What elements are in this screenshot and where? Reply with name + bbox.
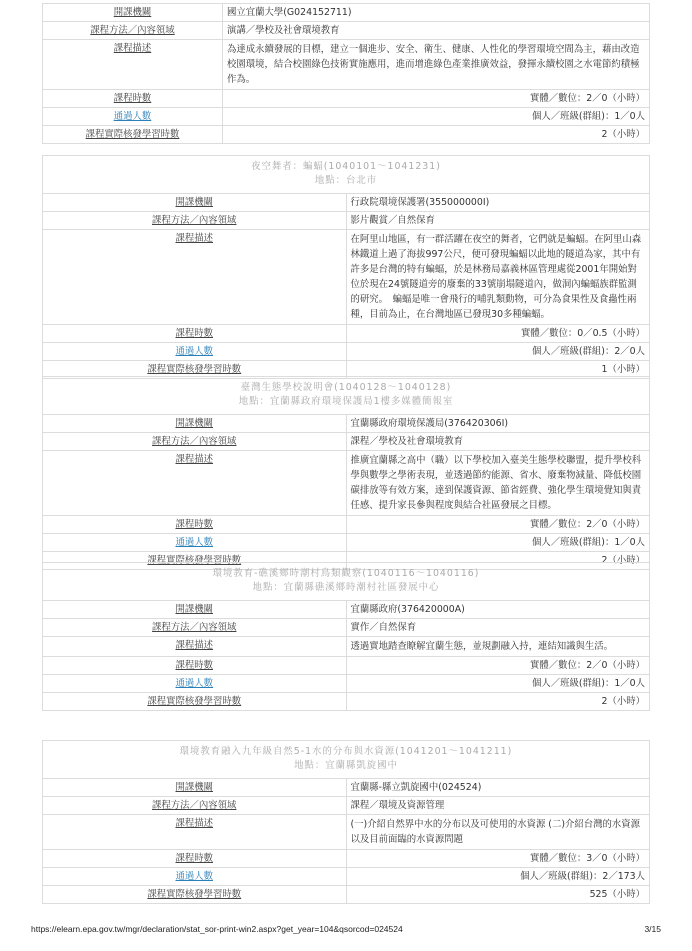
row-hours: 課程時數 實體／數位：2／0（小時） [43,90,650,108]
row-actual: 課程實際核發學習時數 2（小時） [43,693,650,711]
value-method: 實作／自然保育 [346,619,650,637]
label-org[interactable]: 開課機關 [43,415,347,433]
label-desc[interactable]: 課程描述 [43,230,347,325]
course-title: 臺灣生態學校說明會(1040128～1040128) [47,381,645,395]
value-method: 課程／環境及資源管理 [346,797,650,815]
value-org: 宜蘭縣政府環境保護局(376420306I) [346,415,650,433]
course-table-3: 環境教育-礁溪鄉時潮村鳥類觀察(1040116～1040116) 地點：宜蘭縣礁… [42,562,650,711]
row-desc: 課程描述 (一)介紹自然界中水的分布以及可使用的水資源 (二)介紹台灣的水資源以… [43,815,650,850]
page-number: 3/15 [644,924,661,934]
value-desc: 推廣宜蘭縣之高中（職）以下學校加入臺美生態學校聯盟，提升學校科學與數學之學術表現… [346,451,650,516]
value-actual: 525（小時） [346,886,650,904]
label-org[interactable]: 開課機關 [43,601,347,619]
label-org[interactable]: 開課機關 [43,4,223,22]
row-actual: 課程實際核發學習時數 525（小時） [43,886,650,904]
label-actual[interactable]: 課程實際核發學習時數 [43,886,347,904]
value-passed: 個人／班級(群組)：2／0人 [346,343,650,361]
row-passed: 通過人數 個人／班級(群組)：2／173人 [43,868,650,886]
value-org: 宜蘭縣-縣立凱旋國中(024524) [346,779,650,797]
label-hours[interactable]: 課程時數 [43,325,347,343]
row-org: 開課機關 宜蘭縣-縣立凱旋國中(024524) [43,779,650,797]
course-table-4: 環境教育融入九年級自然5-1水的分布與水資源(1041201～1041211) … [42,740,650,904]
row-desc: 課程描述 在阿里山地區，有一群活躍在夜空的舞者，它們就是蝙蝠。在阿里山森林鐵道上… [43,230,650,325]
value-hours: 實體／數位：0／0.5（小時） [346,325,650,343]
value-desc: 透過實地踏查瞭解宜蘭生態，並規劃融入持，連結知識與生活。 [346,637,650,657]
course-title: 環境教育融入九年級自然5-1水的分布與水資源(1041201～1041211) [47,745,645,759]
value-passed: 個人／班級(群組)：1／0人 [346,675,650,693]
link-passed[interactable]: 通過人數 [43,343,347,361]
course-title: 環境教育-礁溪鄉時潮村鳥類觀察(1040116～1040116) [47,567,645,581]
course-location: 地點：宜蘭縣礁溪鄉時潮村社區發展中心 [47,581,645,595]
value-passed: 個人／班級(群組)：1／0人 [346,534,650,552]
label-method[interactable]: 課程方法／內容領域 [43,433,347,451]
label-desc[interactable]: 課程描述 [43,40,223,90]
course-location: 地點：宜蘭縣政府環境保護局1樓多媒體簡報室 [47,395,645,409]
value-org: 行政院環境保護署(355000000I) [346,194,650,212]
label-actual[interactable]: 課程實際核發學習時數 [43,126,223,144]
row-desc: 課程描述 為達成永續發展的目標，建立一個進步、安全、衛生、健康、人性化的學習環境… [43,40,650,90]
link-passed[interactable]: 通過人數 [43,675,347,693]
label-method[interactable]: 課程方法／內容領域 [43,22,223,40]
row-hours: 課程時數 實體／數位：2／0（小時） [43,657,650,675]
link-passed[interactable]: 通過人數 [43,108,223,126]
label-method[interactable]: 課程方法／內容領域 [43,212,347,230]
course-table-0: 開課機關 國立宜蘭大學(G024152711) 課程方法／內容領域 演講／學校及… [42,3,650,144]
value-method: 課程／學校及社會環境教育 [346,433,650,451]
value-org: 國立宜蘭大學(G024152711) [223,4,650,22]
row-passed: 通過人數 個人／班級(群組)：1／0人 [43,108,650,126]
row-method: 課程方法／內容領域 影片觀賞／自然保育 [43,212,650,230]
print-footer: https://elearn.epa.gov.tw/mgr/declaratio… [31,924,661,934]
value-hours: 實體／數位：2／0（小時） [223,90,650,108]
course-header: 臺灣生態學校說明會(1040128～1040128) 地點：宜蘭縣政府環境保護局… [43,377,650,415]
page-url: https://elearn.epa.gov.tw/mgr/declaratio… [31,924,403,934]
course-table-1: 夜空舞者：蝙蝠(1040101～1041231) 地點：台北市 開課機關 行政院… [42,155,650,379]
value-method: 演講／學校及社會環境教育 [223,22,650,40]
value-hours: 實體／數位：2／0（小時） [346,657,650,675]
value-method: 影片觀賞／自然保育 [346,212,650,230]
label-method[interactable]: 課程方法／內容領域 [43,619,347,637]
label-hours[interactable]: 課程時數 [43,516,347,534]
value-passed: 個人／班級(群組)：2／173人 [346,868,650,886]
value-org: 宜蘭縣政府(376420000A) [346,601,650,619]
link-passed[interactable]: 通過人數 [43,534,347,552]
label-desc[interactable]: 課程描述 [43,637,347,657]
label-org[interactable]: 開課機關 [43,779,347,797]
row-org: 開課機關 宜蘭縣政府(376420000A) [43,601,650,619]
label-org[interactable]: 開課機關 [43,194,347,212]
value-passed: 個人／班級(群組)：1／0人 [223,108,650,126]
value-hours: 實體／數位：2／0（小時） [346,516,650,534]
course-header: 夜空舞者：蝙蝠(1040101～1041231) 地點：台北市 [43,156,650,194]
row-desc: 課程描述 推廣宜蘭縣之高中（職）以下學校加入臺美生態學校聯盟，提升學校科學與數學… [43,451,650,516]
label-desc[interactable]: 課程描述 [43,815,347,850]
value-actual: 2（小時） [223,126,650,144]
row-hours: 課程時數 實體／數位：3／0（小時） [43,850,650,868]
course-title: 夜空舞者：蝙蝠(1040101～1041231) [47,160,645,174]
row-hours: 課程時數 實體／數位：2／0（小時） [43,516,650,534]
value-desc: 為達成永續發展的目標，建立一個進步、安全、衛生、健康、人性化的學習環境空間為主，… [223,40,650,90]
row-passed: 通過人數 個人／班級(群組)：1／0人 [43,534,650,552]
value-actual: 2（小時） [346,693,650,711]
row-method: 課程方法／內容領域 課程／環境及資源管理 [43,797,650,815]
course-location: 地點：台北市 [47,174,645,188]
row-org: 開課機關 宜蘭縣政府環境保護局(376420306I) [43,415,650,433]
label-hours[interactable]: 課程時數 [43,657,347,675]
row-actual: 課程實際核發學習時數 2（小時） [43,126,650,144]
label-actual[interactable]: 課程實際核發學習時數 [43,693,347,711]
row-method: 課程方法／內容領域 實作／自然保育 [43,619,650,637]
row-passed: 通過人數 個人／班級(群組)：1／0人 [43,675,650,693]
label-hours[interactable]: 課程時數 [43,850,347,868]
link-passed[interactable]: 通過人數 [43,868,347,886]
value-desc: (一)介紹自然界中水的分布以及可使用的水資源 (二)介紹台灣的水資源以及目前面臨… [346,815,650,850]
course-table-2: 臺灣生態學校說明會(1040128～1040128) 地點：宜蘭縣政府環境保護局… [42,376,650,570]
row-desc: 課程描述 透過實地踏查瞭解宜蘭生態，並規劃融入持，連結知識與生活。 [43,637,650,657]
course-location: 地點：宜蘭縣凱旋國中 [47,759,645,773]
course-header: 環境教育-礁溪鄉時潮村鳥類觀察(1040116～1040116) 地點：宜蘭縣礁… [43,563,650,601]
row-hours: 課程時數 實體／數位：0／0.5（小時） [43,325,650,343]
row-passed: 通過人數 個人／班級(群組)：2／0人 [43,343,650,361]
row-method: 課程方法／內容領域 演講／學校及社會環境教育 [43,22,650,40]
label-hours[interactable]: 課程時數 [43,90,223,108]
row-org: 開課機關 國立宜蘭大學(G024152711) [43,4,650,22]
value-hours: 實體／數位：3／0（小時） [346,850,650,868]
label-desc[interactable]: 課程描述 [43,451,347,516]
course-header: 環境教育融入九年級自然5-1水的分布與水資源(1041201～1041211) … [43,741,650,779]
label-method[interactable]: 課程方法／內容領域 [43,797,347,815]
row-org: 開課機關 行政院環境保護署(355000000I) [43,194,650,212]
value-desc: 在阿里山地區，有一群活躍在夜空的舞者，它們就是蝙蝠。在阿里山森林鐵道上過了海拔9… [346,230,650,325]
row-method: 課程方法／內容領域 課程／學校及社會環境教育 [43,433,650,451]
